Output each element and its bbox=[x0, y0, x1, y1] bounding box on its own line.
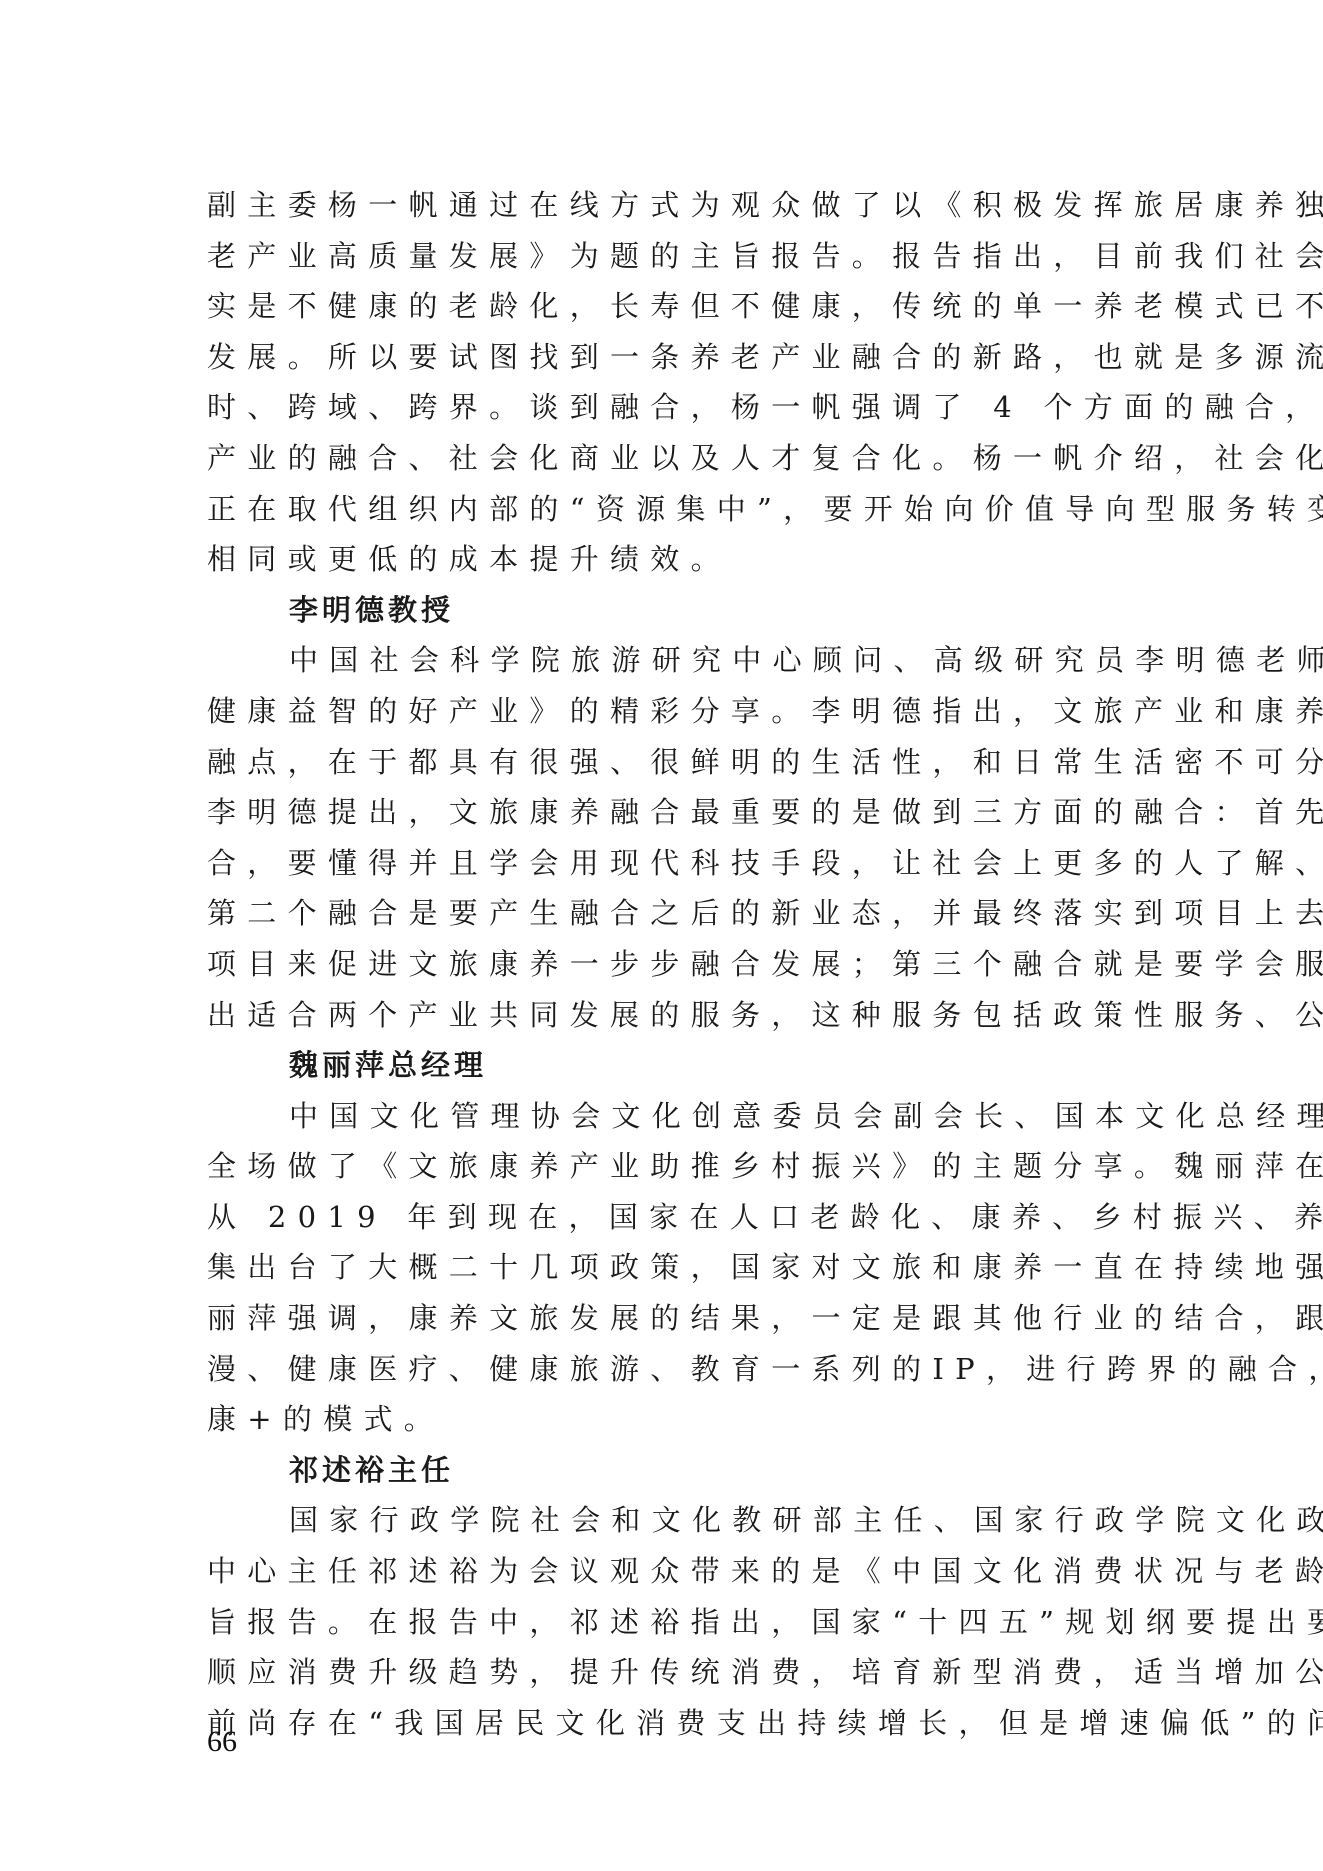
text-line: 从 2019 年到现在，国家在人口老龄化、康养、乡村振兴、养老服务等方面，密 bbox=[207, 1192, 1119, 1243]
text-line: 前尚存在“我国居民文化消费支出持续增长，但是增速偏低”的问题，人均消 bbox=[207, 1698, 1119, 1749]
text-line: 集出台了大概二十几项政策，国家对文旅和康养一直在持续地强力地推进。魏 bbox=[207, 1242, 1119, 1293]
section-heading: 李明德教授 bbox=[207, 585, 1119, 636]
text-line: 时、跨域、跨界。谈到融合，杨一帆强调了 4 个方面的融合，包含技术的融合、 bbox=[207, 382, 1119, 433]
text-line: 发展。所以要试图找到一条养老产业融合的新路，也就是多源流的康养资源跨 bbox=[207, 332, 1119, 383]
document-body: 副主委杨一帆通过在线方式为观众做了以《积极发挥旅居康养独特作用 促进养 老产业高… bbox=[207, 180, 1119, 1748]
text-line: 全场做了《文旅康养产业助推乡村振兴》的主题分享。魏丽萍在分享中提到， bbox=[207, 1141, 1119, 1192]
text-line: 老产业高质量发展》为题的主旨报告。报告指出，目前我们社会发展的人口事 bbox=[207, 231, 1119, 282]
text-line: 中国社会科学院旅游研究中心顾问、高级研究员李明德老师做了《文旅是 bbox=[207, 635, 1119, 686]
paragraph-yang-yifan: 副主委杨一帆通过在线方式为观众做了以《积极发挥旅居康养独特作用 促进养 老产业高… bbox=[207, 180, 1119, 585]
paragraph-qi-shuyu: 国家行政学院社会和文化教研部主任、国家行政学院文化政策与管理研究 中心主任祁述裕… bbox=[207, 1495, 1119, 1748]
text-line: 旨报告。在报告中，祁述裕指出，国家“十四五”规划纲要提出要增强消费， bbox=[207, 1597, 1119, 1648]
text-line: 产业的融合、社会化商业以及人才复合化。杨一帆介绍，社会化的“资源聚合” bbox=[207, 433, 1119, 484]
text-line: 项目来促进文旅康养一步步融合发展；第三个融合就是要学会服务融合，学会推 bbox=[207, 939, 1119, 990]
section-heading: 祁述裕主任 bbox=[207, 1445, 1119, 1496]
paragraph-wei-liping: 中国文化管理协会文化创意委员会副会长、国本文化总经理魏丽萍先生向 全场做了《文旅… bbox=[207, 1091, 1119, 1445]
text-line: 第二个融合是要产生融合之后的新业态，并最终落实到项目上去，通过一个个的 bbox=[207, 888, 1119, 939]
paragraph-li-mingde: 中国社会科学院旅游研究中心顾问、高级研究员李明德老师做了《文旅是 健康益智的好产… bbox=[207, 635, 1119, 1040]
text-line: 漫、健康医疗、健康旅游、教育一系列的IP，进行跨界的融合，统一构建大健 bbox=[207, 1344, 1119, 1395]
text-line: 健康益智的好产业》的精彩分享。李明德指出，文旅产业和康养产业最大的共 bbox=[207, 686, 1119, 737]
text-line: 顺应消费升级趋势，提升传统消费，培育新型消费，适当增加公益消费。但目 bbox=[207, 1647, 1119, 1698]
text-line: 中国文化管理协会文化创意委员会副会长、国本文化总经理魏丽萍先生向 bbox=[207, 1091, 1119, 1142]
section-heading: 魏丽萍总经理 bbox=[207, 1040, 1119, 1091]
text-line: 实是不健康的老龄化，长寿但不健康，传统的单一养老模式已不能适用目前的 bbox=[207, 281, 1119, 332]
text-line: 出适合两个产业共同发展的服务，这种服务包括政策性服务、公共服务等等。 bbox=[207, 990, 1119, 1041]
text-line: 丽萍强调，康养文旅发展的结果，一定是跟其他行业的结合，跟农业结合、动 bbox=[207, 1293, 1119, 1344]
text-line: 融点，在于都具有很强、很鲜明的生活性，和日常生活密不可分、紧密相连。 bbox=[207, 737, 1119, 788]
text-line: 正在取代组织内部的“资源集中”，要开始向价值导向型服务转变，这样才能以 bbox=[207, 484, 1119, 535]
text-line: 副主委杨一帆通过在线方式为观众做了以《积极发挥旅居康养独特作用 促进养 bbox=[207, 180, 1119, 231]
text-line: 合，要懂得并且学会用现代科技手段，让社会上更多的人了解、认识并喜欢； bbox=[207, 838, 1119, 889]
text-line: 相同或更低的成本提升绩效。 bbox=[207, 534, 1119, 585]
page-number: 66 bbox=[207, 1725, 237, 1759]
text-line: 国家行政学院社会和文化教研部主任、国家行政学院文化政策与管理研究 bbox=[207, 1495, 1119, 1546]
text-line: 李明德提出，文旅康养融合最重要的是做到三方面的融合：首先要在理念上融 bbox=[207, 787, 1119, 838]
text-line: 康+的模式。 bbox=[207, 1394, 1119, 1445]
text-line: 中心主任祁述裕为会议观众带来的是《中国文化消费状况与老龄文化消费》主 bbox=[207, 1546, 1119, 1597]
